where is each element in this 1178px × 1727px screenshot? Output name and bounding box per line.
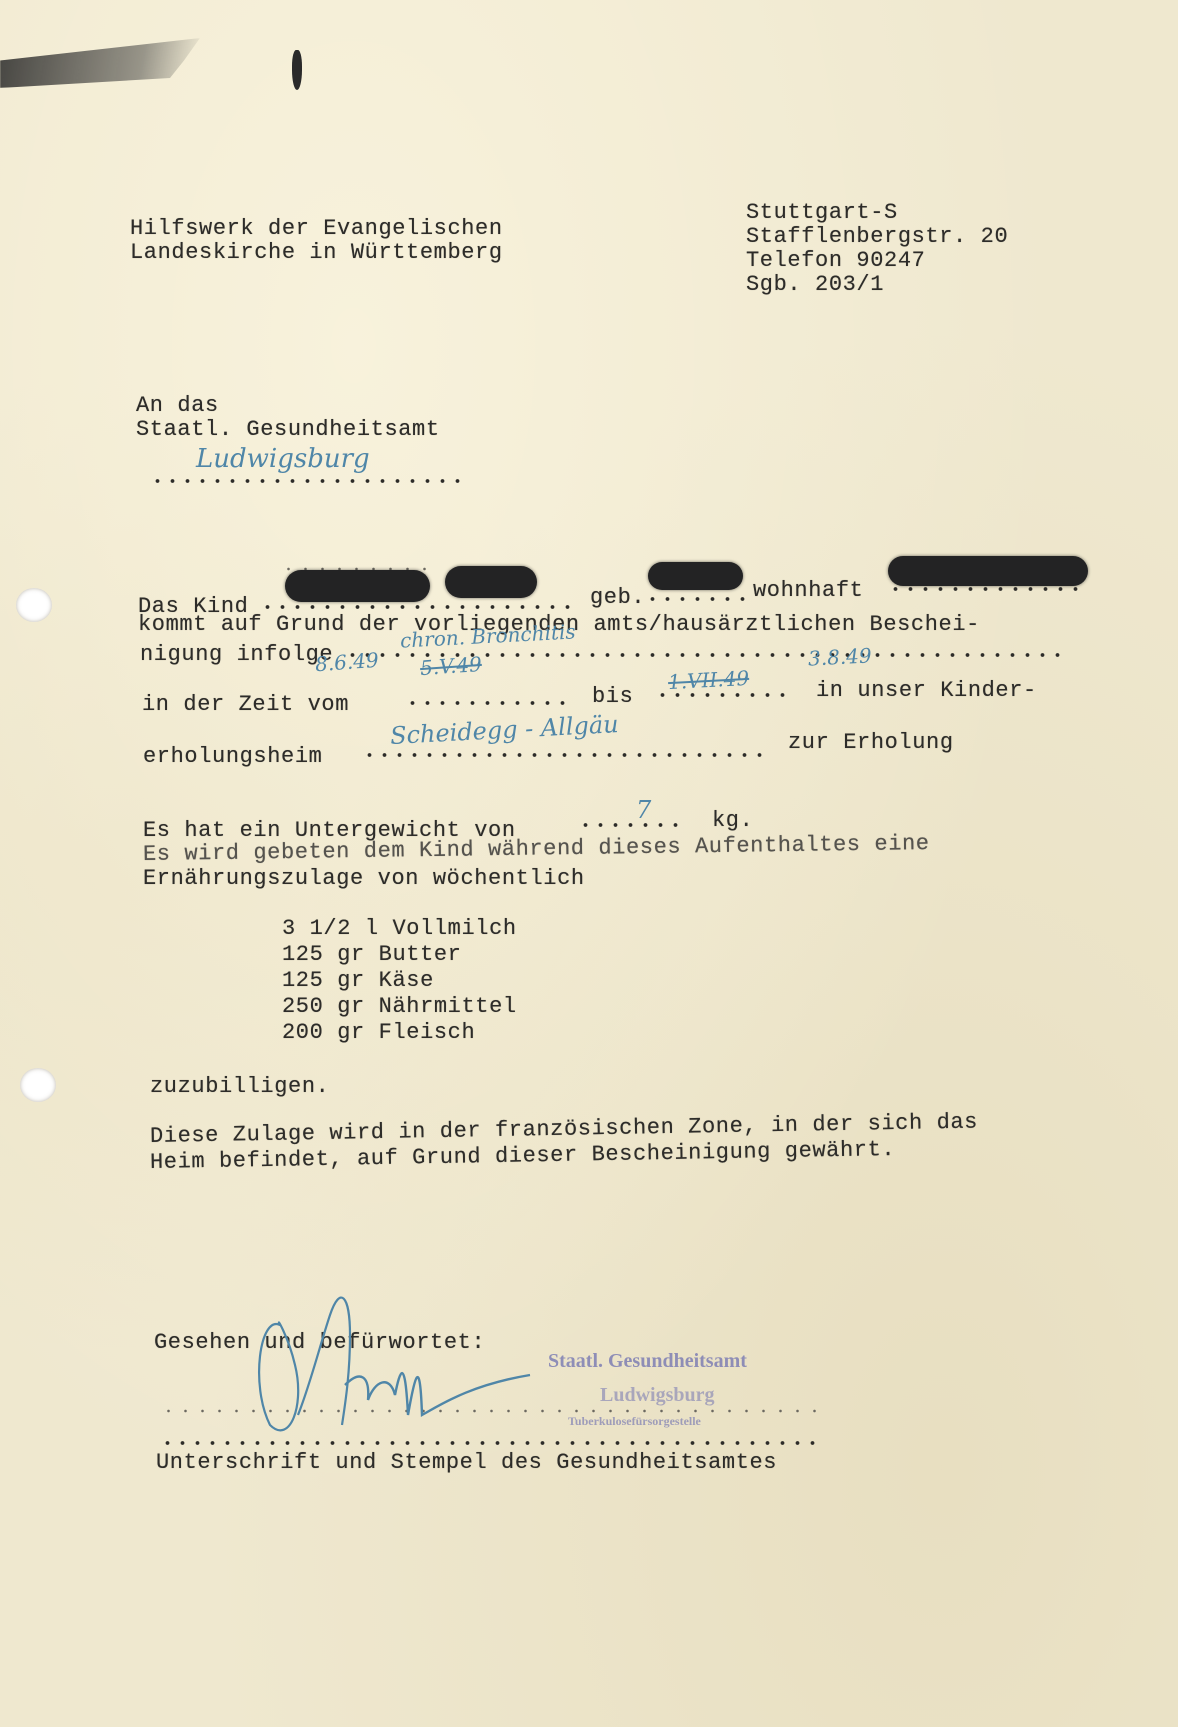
fill-line xyxy=(150,478,470,484)
recipient-line1: An das xyxy=(136,393,219,418)
ration-unit: gr xyxy=(337,942,365,967)
ration-name: Fleisch xyxy=(379,1020,476,1045)
ration-unit: l xyxy=(365,916,379,941)
ration-amount: 125 xyxy=(282,942,323,967)
fill-line xyxy=(405,700,575,706)
born-label: geb. xyxy=(590,585,645,610)
ration-amount: 200 xyxy=(282,1020,323,1045)
stamp-line3: Tuberkulosefürsorgestelle xyxy=(568,1414,701,1429)
home-handwritten: Scheidegg - Allgäu xyxy=(389,710,619,750)
fill-line xyxy=(888,586,1083,592)
fill-line xyxy=(645,596,755,602)
stamp-line2: Ludwigsburg xyxy=(600,1384,715,1407)
period-from-handwritten: 8.6.49 xyxy=(314,648,379,676)
ration-unit: gr xyxy=(337,968,365,993)
redacted-birthdate xyxy=(648,562,743,590)
period-from-struck: 5.V.49 xyxy=(419,652,482,680)
sender-street: Stafflenbergstr. 20 xyxy=(746,224,1008,249)
ration-item: 125 gr Käse xyxy=(282,968,434,993)
sender-city: Stuttgart-S xyxy=(746,200,898,225)
sender-phone: Telefon 90247 xyxy=(746,248,925,273)
period-suffix: in unser Kinder- xyxy=(816,678,1037,703)
punch-hole-top xyxy=(16,588,52,622)
grant-text: zuzubilligen. xyxy=(150,1074,329,1099)
ration-item: 250 gr Nährmittel xyxy=(282,994,517,1019)
staple-mark xyxy=(292,50,302,90)
redacted-residence xyxy=(888,556,1088,586)
period-to-label: bis xyxy=(592,684,633,709)
org-name-line2: Landeskirche in Württemberg xyxy=(130,240,503,265)
ration-amount: 125 xyxy=(282,968,323,993)
recipient-city-handwritten: Ludwigsburg xyxy=(196,444,370,474)
ration-item: 125 gr Butter xyxy=(282,942,461,967)
handwritten-signature xyxy=(250,1275,580,1445)
ration-name: Butter xyxy=(379,942,462,967)
fill-line xyxy=(362,752,772,758)
request-line2: Ernährungszulage von wöchentlich xyxy=(143,866,585,891)
ration-unit: gr xyxy=(337,994,365,1019)
home-label: erholungsheim xyxy=(143,744,322,769)
ration-name: Nährmittel xyxy=(379,994,517,1019)
document-page: Hilfswerk der Evangelischen Landeskirche… xyxy=(0,0,1178,1727)
ration-unit: gr xyxy=(337,1020,365,1045)
signature-caption: Unterschrift und Stempel des Gesundheits… xyxy=(156,1450,777,1475)
fill-line xyxy=(260,604,570,610)
redacted-last-name xyxy=(445,566,537,598)
ink-smudge xyxy=(0,38,200,88)
org-name-line1: Hilfswerk der Evangelischen xyxy=(130,216,503,241)
home-suffix: zur Erholung xyxy=(788,730,954,755)
period-label: in der Zeit vom xyxy=(142,692,349,717)
punch-hole-bottom xyxy=(20,1068,56,1102)
recipient-line2: Staatl. Gesundheitsamt xyxy=(136,417,440,442)
ration-name: Käse xyxy=(379,968,434,993)
period-to-handwritten: 3.8.49 xyxy=(807,643,872,670)
underweight-unit: kg. xyxy=(712,808,753,833)
diagnosis-label: nigung infolge xyxy=(140,642,333,667)
period-to-struck: 1.VII.49 xyxy=(667,666,749,694)
underweight-value-handwritten: 7 xyxy=(636,796,651,824)
ration-amount: 250 xyxy=(282,994,323,1019)
redacted-first-name xyxy=(285,570,430,602)
reference-number: Sgb. 203/1 xyxy=(746,272,884,297)
ration-item: 3 1/2 l Vollmilch xyxy=(282,916,517,941)
ration-name: Vollmilch xyxy=(392,916,516,941)
fill-line xyxy=(578,822,688,828)
ration-amount: 3 1/2 xyxy=(282,916,351,941)
residence-label: wohnhaft xyxy=(753,578,863,603)
ration-item: 200 gr Fleisch xyxy=(282,1020,475,1045)
fill-line xyxy=(655,692,795,698)
